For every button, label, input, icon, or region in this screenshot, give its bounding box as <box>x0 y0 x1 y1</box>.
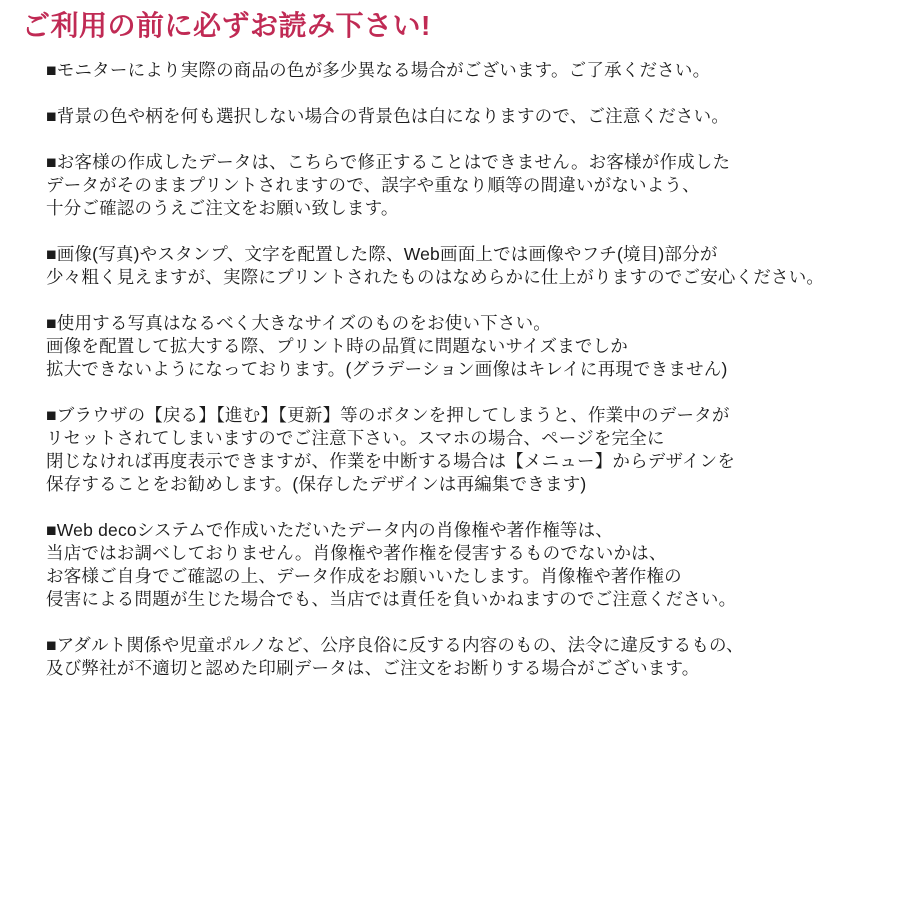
notice-line: ■Web decoシステムで作成いただいたデータ内の肖像権や著作権等は、 <box>46 519 880 542</box>
notice-page: ご利用の前に必ずお読み下さい! ■モニターにより実際の商品の色が多少異なる場合が… <box>0 0 900 900</box>
notice-line: 画像を配置して拡大する際、プリント時の品質に問題ないサイズまでしか <box>46 335 880 358</box>
notice-line: ■画像(写真)やスタンプ、文字を配置した際、Web画面上では画像やフチ(境目)部… <box>46 243 880 266</box>
notice-line: 侵害による問題が生じた場合でも、当店では責任を負いかねますのでご注意ください。 <box>46 588 880 611</box>
notice-paragraph-data-correction: ■お客様の作成したデータは、こちらで修正することはできません。お客様が作成した … <box>46 151 880 220</box>
notice-paragraph-browser-buttons: ■ブラウザの【戻る】【進む】【更新】等のボタンを押してしまうと、作業中のデータが… <box>46 404 880 496</box>
notice-line: ■ブラウザの【戻る】【進む】【更新】等のボタンを押してしまうと、作業中のデータが <box>46 404 880 427</box>
notice-line: ■モニターにより実際の商品の色が多少異なる場合がございます。ご了承ください。 <box>46 59 880 82</box>
notice-line: 閉じなければ再度表示できますが、作業を中断する場合は【メニュー】からデザインを <box>46 450 880 473</box>
notice-line: 十分ご確認のうえご注文をお願い致します。 <box>46 197 880 220</box>
notice-paragraph-copyright: ■Web decoシステムで作成いただいたデータ内の肖像権や著作権等は、 当店で… <box>46 519 880 611</box>
notice-paragraph-image-roughness: ■画像(写真)やスタンプ、文字を配置した際、Web画面上では画像やフチ(境目)部… <box>46 243 880 289</box>
notice-paragraph-prohibited-content: ■アダルト関係や児童ポルノなど、公序良俗に反する内容のもの、法令に違反するもの、… <box>46 634 880 680</box>
notice-line: 及び弊社が不適切と認めた印刷データは、ご注文をお断りする場合がございます。 <box>46 657 880 680</box>
notice-line: リセットされてしまいますのでご注意下さい。スマホの場合、ページを完全に <box>46 427 880 450</box>
page-title: ご利用の前に必ずお読み下さい! <box>22 8 880 44</box>
notice-paragraph-photo-size: ■使用する写真はなるべく大きなサイズのものをお使い下さい。 画像を配置して拡大す… <box>46 312 880 381</box>
notice-line: ■背景の色や柄を何も選択しない場合の背景色は白になりますので、ご注意ください。 <box>46 105 880 128</box>
notice-line: 拡大できないようになっております。(グラデーション画像はキレイに再現できません) <box>46 358 880 381</box>
notice-line: データがそのままプリントされますので、誤字や重なり順等の間違いがないよう、 <box>46 174 880 197</box>
notice-line: ■使用する写真はなるべく大きなサイズのものをお使い下さい。 <box>46 312 880 335</box>
notice-list: ■モニターにより実際の商品の色が多少異なる場合がございます。ご了承ください。 ■… <box>22 59 880 680</box>
notice-line: ■アダルト関係や児童ポルノなど、公序良俗に反する内容のもの、法令に違反するもの、 <box>46 634 880 657</box>
notice-line: 当店ではお調べしておりません。肖像権や著作権を侵害するものでないかは、 <box>46 542 880 565</box>
notice-paragraph-monitor-color: ■モニターにより実際の商品の色が多少異なる場合がございます。ご了承ください。 <box>46 59 880 82</box>
notice-line: 少々粗く見えますが、実際にプリントされたものはなめらかに仕上がりますのでご安心く… <box>46 266 880 289</box>
notice-paragraph-background-color: ■背景の色や柄を何も選択しない場合の背景色は白になりますので、ご注意ください。 <box>46 105 880 128</box>
notice-line: 保存することをお勧めします。(保存したデザインは再編集できます) <box>46 473 880 496</box>
notice-line: ■お客様の作成したデータは、こちらで修正することはできません。お客様が作成した <box>46 151 880 174</box>
notice-line: お客様ご自身でご確認の上、データ作成をお願いいたします。肖像権や著作権の <box>46 565 880 588</box>
